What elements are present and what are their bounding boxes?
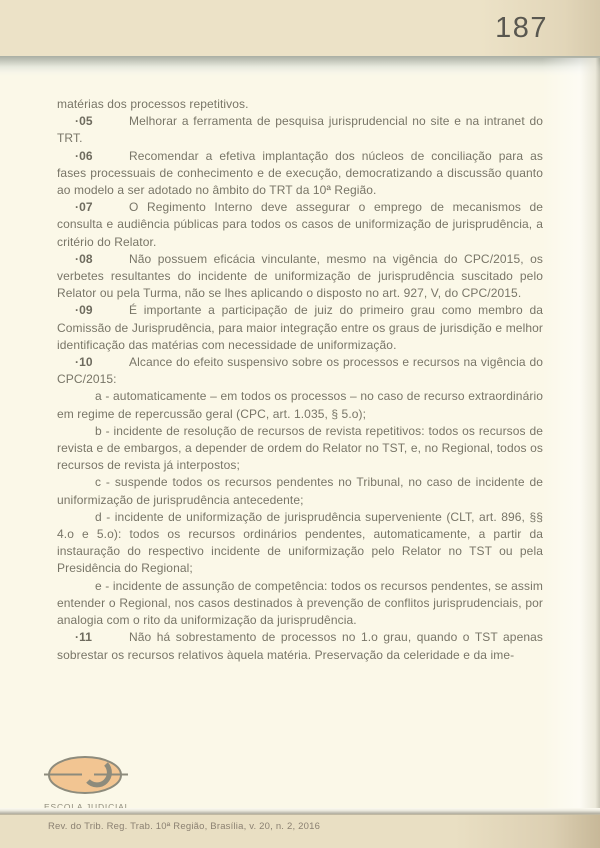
item-text: Melhorar a ferramenta de pesquisa jurisp… <box>57 114 543 145</box>
paragraph-item-07: ·07O Regimento Interno deve assegurar o … <box>57 199 543 251</box>
item-number: ·08 <box>75 251 129 268</box>
item-text: É importante a participação de juiz do p… <box>57 303 543 351</box>
item-number: ·10 <box>75 354 129 371</box>
item-text: O Regimento Interno deve assegurar o emp… <box>57 200 543 248</box>
page-number: 187 <box>495 12 548 45</box>
page-container: 187 matérias dos processos repetitivos. … <box>0 0 600 848</box>
paragraph-sub-a: a - automaticamente – em todos os proces… <box>57 388 543 422</box>
item-text: Recomendar a efetiva implantação dos núc… <box>57 149 543 197</box>
content-area: matérias dos processos repetitivos. ·05M… <box>0 76 600 757</box>
paragraph-sub-d: d - incidente de uniformização de jurisp… <box>57 509 543 578</box>
paragraph-item-11: ·11Não há sobrestamento de processos no … <box>57 629 543 663</box>
paragraph-item-10: ·10Alcance do efeito suspensivo sobre os… <box>57 354 543 388</box>
escola-judicial-logo-icon <box>44 756 128 796</box>
item-text: Alcance do efeito suspensivo sobre os pr… <box>57 355 543 386</box>
item-text: Não possuem eficácia vinculante, mesmo n… <box>57 252 543 300</box>
page-header-band: 187 <box>0 0 600 56</box>
paragraph-item-06: ·06Recomendar a efetiva implantação dos … <box>57 148 543 200</box>
footer-divider <box>0 808 600 815</box>
paragraph-item-05: ·05Melhorar a ferramenta de pesquisa jur… <box>57 113 543 147</box>
escola-judicial-logo: ESCOLA JUDICIAL <box>44 756 140 812</box>
footer-band: Rev. do Trib. Reg. Trab. 10ª Região, Bra… <box>0 815 600 848</box>
item-text: Não há sobrestamento de processos no 1.o… <box>57 630 543 661</box>
header-shadow <box>0 56 600 76</box>
paragraph-item-09: ·09É importante a participação de juiz d… <box>57 302 543 354</box>
paragraph-sub-c: c - suspende todos os recursos pendentes… <box>57 474 543 508</box>
paragraph-sub-b: b - incidente de resolução de recursos d… <box>57 423 543 475</box>
paragraph-sub-e: e - incidente de assunção de competência… <box>57 578 543 630</box>
paragraph-continuation: matérias dos processos repetitivos. <box>57 96 543 113</box>
item-number: ·07 <box>75 199 129 216</box>
footer-citation: Rev. do Trib. Reg. Trab. 10ª Região, Bra… <box>48 821 320 832</box>
paragraph-item-08: ·08Não possuem eficácia vinculante, mesm… <box>57 251 543 303</box>
item-number: ·11 <box>75 629 129 646</box>
item-number: ·06 <box>75 148 129 165</box>
item-number: ·05 <box>75 113 129 130</box>
item-number: ·09 <box>75 302 129 319</box>
